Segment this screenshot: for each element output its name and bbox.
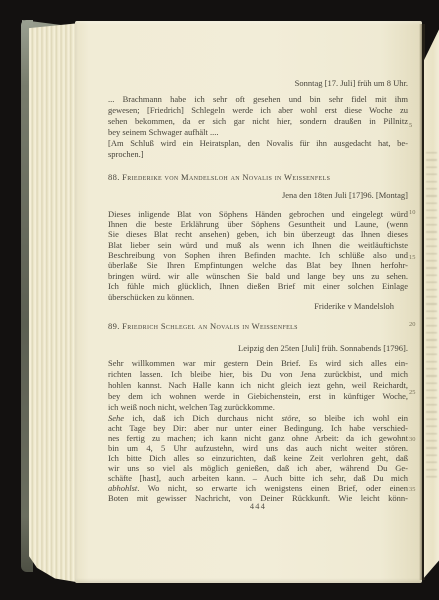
facing-page-ghost-text: [426, 152, 437, 482]
text-segment: acht Tage bey Dir: aber nur unter einer …: [108, 423, 408, 433]
text-line: sehen bekommen, da er sich gar nicht hie…: [108, 116, 408, 127]
margin-line-number: 20: [409, 321, 425, 328]
date-line: Sonntag [17. Juli] früh um 8 Uhr.: [108, 78, 408, 89]
text-segment: richten lassen. Ich bleibe hier, bis Du …: [108, 369, 408, 379]
text-line: [Am Schluß wird ein Heiratsplan, den Nov…: [108, 138, 408, 149]
text-segment: Ich fühle mich glücklich, Ihnen dießen B…: [108, 281, 408, 291]
margin-line-number: 30: [409, 436, 425, 443]
text-line: hohlen kannst. Nach Halle kann ich nicht…: [108, 380, 408, 391]
text-line: wir uns so viel als möglich genießen, da…: [108, 463, 408, 473]
date-line: Jena den 18ten Juli [17]96. [Montag]: [108, 190, 408, 201]
text-line: bringen würd. wir alle wünschen Sie bald…: [108, 271, 408, 281]
margin-line-number: 35: [409, 486, 425, 493]
text-segment: Sehr willkommen war mir gestern Dein Bri…: [108, 358, 408, 368]
text-segment: bin um 4, 5 Uhr aufzustehn, wird uns das…: [108, 443, 408, 453]
margin-line-number: 5: [409, 122, 425, 129]
italic-text-segment: störe: [282, 413, 299, 423]
text-line: nes fertig zu machen; ich kann nicht gan…: [108, 433, 408, 443]
text-line: Ihnen die beste Erklährung über Söphens …: [108, 219, 408, 229]
text-segment: , so bleibe ich wohl ein: [298, 413, 408, 423]
text-line: ... Brachmann habe ich sehr oft gesehen …: [108, 94, 408, 105]
page-number: 444: [108, 502, 408, 511]
letter-heading: 88. Friederike von Mandelsloh an Novalis…: [108, 172, 408, 183]
text-line: bey dem ich wohnen werde in Giebichenste…: [108, 391, 408, 402]
text-segment: Beschreibung von Sophen ihren Befinden m…: [108, 250, 408, 260]
date-line: Leipzig den 25ten [Juli] früh. Sonnabend…: [108, 343, 408, 354]
text-line: Sehr willkommen war mir gestern Dein Bri…: [108, 358, 408, 369]
text-segment: Blat lieber sein würd und muß als wenn i…: [108, 240, 408, 250]
text-segment: überschücken zu können.: [108, 292, 194, 302]
margin-line-number: 25: [409, 389, 425, 396]
margin-line-number: 15: [409, 254, 425, 261]
text-segment: hohlen kannst. Nach Halle kann ich nicht…: [108, 380, 408, 390]
facing-page-edge: [424, 24, 439, 580]
text-segment: ... Brachmann habe ich sehr oft gesehen …: [108, 94, 408, 104]
text-segment: sehen bekommen, da er sich gar nicht hie…: [108, 116, 408, 126]
text-segment: Ihnen die beste Erklährung über Söphens …: [108, 219, 408, 229]
text-line: Beschreibung von Sophen ihren Befinden m…: [108, 250, 408, 260]
italic-text-segment: abhohlst: [108, 483, 137, 493]
text-line: Blat lieber sein würd und muß als wenn i…: [108, 240, 408, 250]
text-line: Sehe ich, daß ich Dich durchaus nicht st…: [108, 413, 408, 423]
letter-blocks: Sonntag [17. Juli] früh um 8 Uhr.... Bra…: [108, 78, 408, 503]
text-segment: Dieses inligende Blat von Söphens Händen…: [108, 209, 408, 219]
book-photo: Sonntag [17. Juli] früh um 8 Uhr.... Bra…: [0, 0, 439, 600]
text-line: acht Tage bey Dir: aber nur unter einer …: [108, 423, 408, 433]
text-segment: Ich bitte Dich alles so einzurichten, da…: [108, 453, 408, 463]
text-line: Dieses inligende Blat von Söphens Händen…: [108, 209, 408, 219]
text-line: abhohlst. Wo nicht, so erwarte ich wenig…: [108, 483, 408, 493]
text-line: Ich bitte Dich alles so einzurichten, da…: [108, 453, 408, 463]
text-line: bin um 4, 5 Uhr aufzustehn, wird uns das…: [108, 443, 408, 453]
text-line: bey seinem Schwager aufhält ....: [108, 127, 408, 138]
text-segment: nes fertig zu machen; ich kann nicht gan…: [108, 433, 408, 443]
text-segment: bey seinem Schwager aufhält ....: [108, 127, 218, 137]
text-segment: bringen würd. wir alle wünschen Sie bald…: [108, 271, 408, 281]
text-segment: gewesen; [Friedrich] Schlegeln werde ich…: [108, 105, 408, 115]
text-column: Sonntag [17. Juli] früh um 8 Uhr.... Bra…: [108, 78, 408, 511]
text-line: Ich fühle mich glücklich, Ihnen dießen B…: [108, 281, 408, 291]
text-segment: ich, daß ich Dich durchaus nicht: [124, 413, 282, 423]
text-line: sprochen.]: [108, 149, 408, 160]
letter-heading: 89. Friedrich Schlegel an Novalis in Wei…: [108, 321, 408, 332]
italic-text-segment: Sehe: [108, 413, 124, 423]
text-line: schäfte [hast], auch arbeiten kann. – Au…: [108, 473, 408, 483]
text-line: überlaße Sie Ihren Empfintungen welche d…: [108, 260, 408, 270]
signature-line: Friderike v Mandelsloh: [108, 301, 408, 312]
text-line: ich weiß noch nicht, welchen Tag zurückk…: [108, 402, 408, 413]
text-line: richten lassen. Ich bleibe hier, bis Du …: [108, 369, 408, 380]
text-segment: bey dem ich wohnen werde in Giebichenste…: [108, 391, 408, 401]
page-edge-stack: [29, 22, 79, 583]
text-segment: sprochen.]: [108, 149, 144, 159]
text-segment: [Am Schluß wird ein Heiratsplan, den Nov…: [108, 138, 408, 148]
text-segment: wir uns so viel als möglich genießen, da…: [108, 463, 408, 473]
text-segment: schäfte [hast], auch arbeiten kann. – Au…: [108, 473, 408, 483]
text-line: Sie dieses Blat recht ansehen) geben, ic…: [108, 229, 408, 239]
text-segment: ich weiß noch nicht, welchen Tag zurückk…: [108, 402, 275, 412]
text-segment: überlaße Sie Ihren Empfintungen welche d…: [108, 260, 408, 270]
margin-line-number: 10: [409, 209, 425, 216]
text-segment: Sie dieses Blat recht ansehen) geben, ic…: [108, 229, 408, 239]
text-segment: . Wo nicht, so erwarte ich wenigstens ei…: [137, 483, 408, 493]
text-line: gewesen; [Friedrich] Schlegeln werde ich…: [108, 105, 408, 116]
